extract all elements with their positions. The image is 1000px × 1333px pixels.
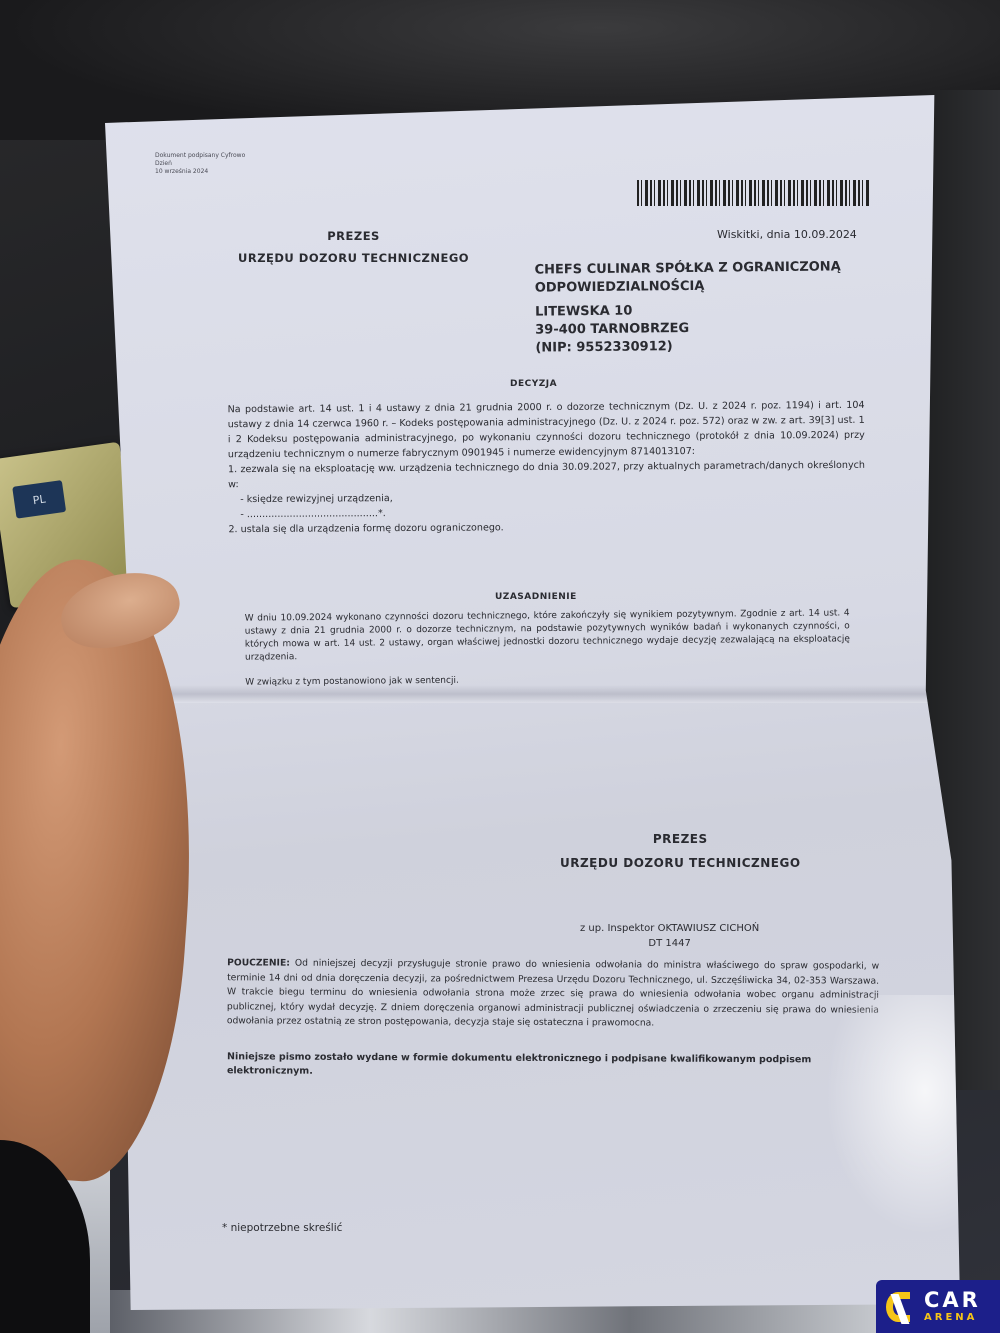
appeal-instruction: POUCZENIE: Od niniejszej decyzji przysłu…: [227, 956, 879, 1032]
recipient-nip: (NIP: 9552330912): [535, 336, 841, 357]
signature-block: z up. Inspektor OKTAWIUSZ CICHOŃ DT 1447: [580, 921, 759, 951]
car-arena-logo: CAR ARENA: [876, 1280, 1000, 1333]
footnote: * niepotrzebne skreślić: [222, 1222, 342, 1234]
recipient-name: CHEFS CULINAR SPÓŁKA Z OGRANICZONĄ: [535, 258, 841, 279]
logo-text-car: CAR: [924, 1290, 981, 1311]
justification-body: W dniu 10.09.2024 wykonano czynności doz…: [245, 607, 851, 701]
instruction-lead: POUCZENIE:: [227, 957, 290, 968]
decision-point-1: 1. zezwala się na eksploatację ww. urząd…: [228, 458, 865, 492]
car-arena-logo-icon: [886, 1292, 914, 1322]
issuing-authority: PREZES URZĘDU DOZORU TECHNICZNEGO: [238, 225, 469, 269]
signature-authority: PREZES URZĘDU DOZORU TECHNICZNEGO: [560, 827, 801, 875]
decision-intro: Na podstawie art. 14 ust. 1 i 4 ustawy z…: [228, 398, 865, 462]
barcode: [637, 180, 869, 206]
logo-text-arena: ARENA: [924, 1313, 981, 1323]
place-date: Wiskitki, dnia 10.09.2024: [717, 228, 857, 241]
instruction-text: Od niniejszej decyzji przysługuje stroni…: [227, 958, 879, 1029]
decision-body: Na podstawie art. 14 ust. 1 i 4 ustawy z…: [228, 398, 866, 537]
card-badge: PL: [12, 480, 66, 519]
signer-name: z up. Inspektor OKTAWIUSZ CICHOŃ: [580, 921, 759, 936]
electronic-document-note: Niniejsze pismo zostało wydane w formie …: [227, 1050, 879, 1081]
decision-document: Dokument podpisany Cyfrowo Dzień 10 wrze…: [105, 95, 960, 1310]
decision-point-2: 2. ustala się dla urządzenia formę dozor…: [228, 518, 865, 537]
signature-stamp: Dokument podpisany Cyfrowo Dzień 10 wrze…: [155, 152, 245, 176]
recipient-address: CHEFS CULINAR SPÓŁKA Z OGRANICZONĄ ODPOW…: [535, 258, 842, 357]
signer-code: DT 1447: [580, 936, 759, 951]
decision-title: DECYZJA: [510, 379, 557, 389]
justification-title: UZASADNIENIE: [495, 592, 577, 602]
